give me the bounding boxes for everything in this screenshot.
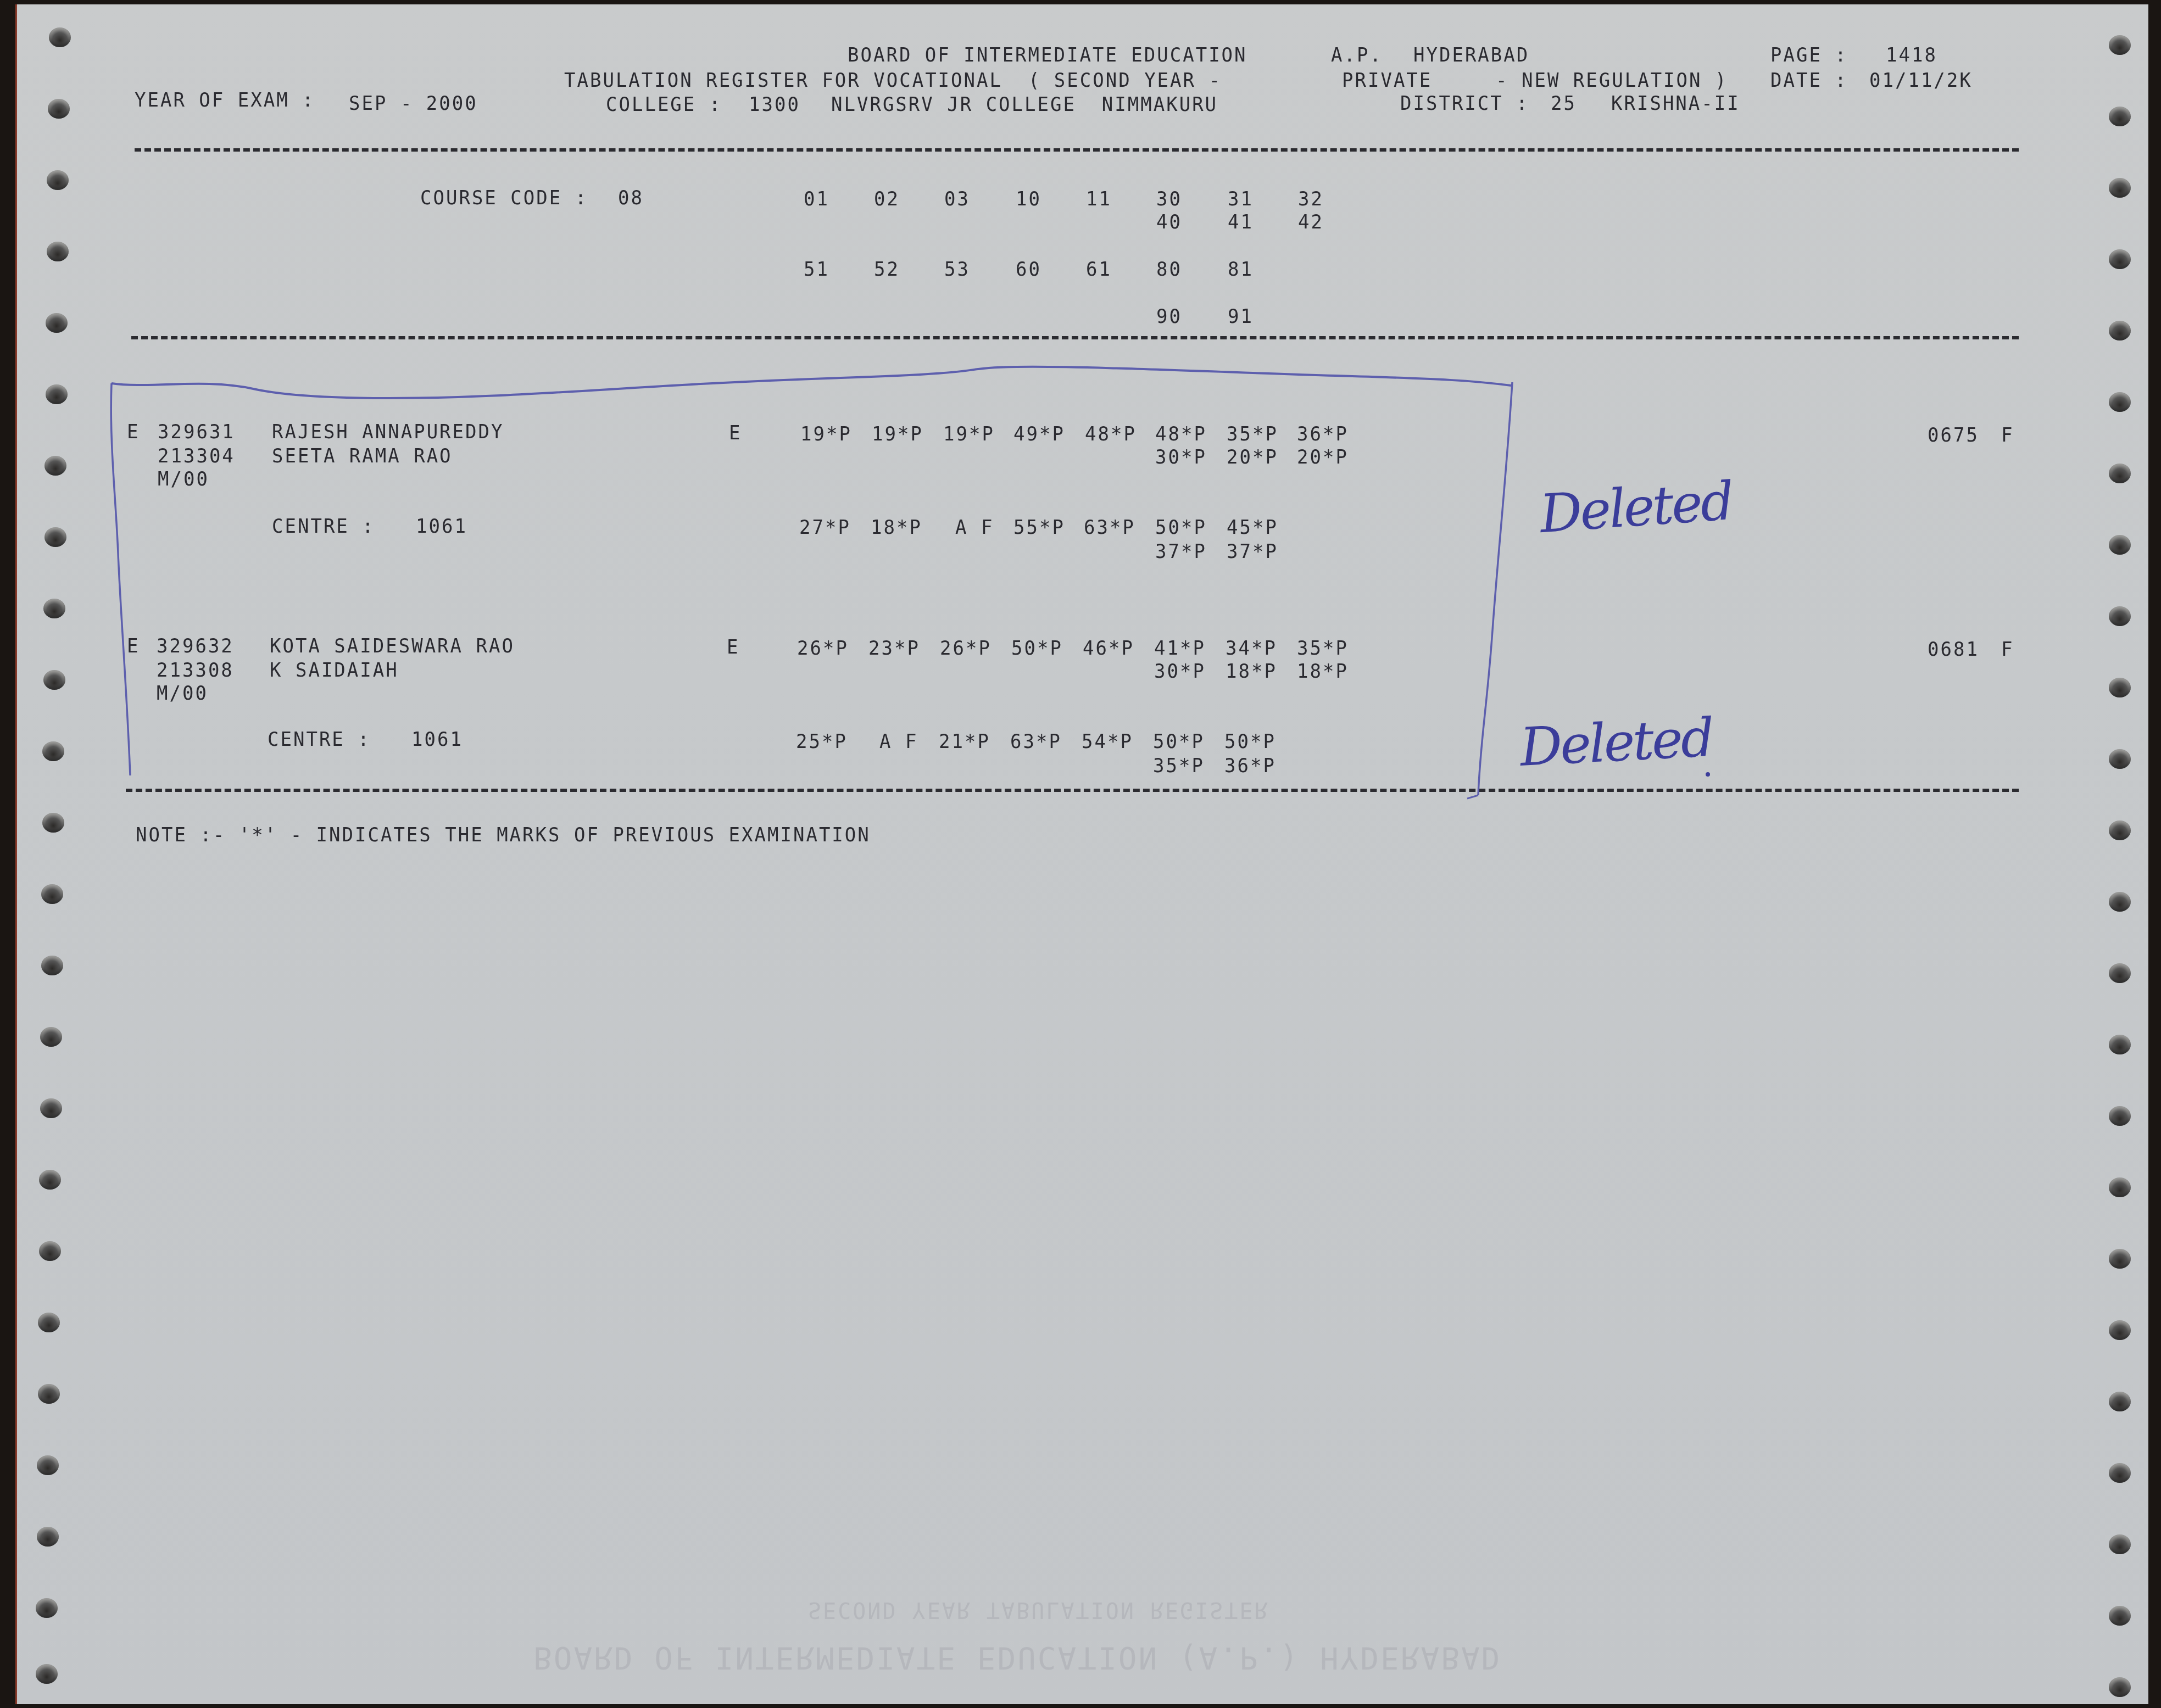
tabulation-register-sheet: BOARD OF INTERMEDIATE EDUCATION A.P. HYD…	[15, 4, 2148, 1704]
pen-drawn-box-icon	[17, 4, 2148, 1704]
show-through-footer: BOARD OF INTERMEDIATE EDUCATION (A.P.) H…	[533, 1640, 1501, 1676]
footnote: NOTE :- '*' - INDICATES THE MARKS OF PRE…	[136, 823, 871, 846]
show-through-footer: SECOND YEAR TABULATION REGISTER	[808, 1597, 1269, 1622]
